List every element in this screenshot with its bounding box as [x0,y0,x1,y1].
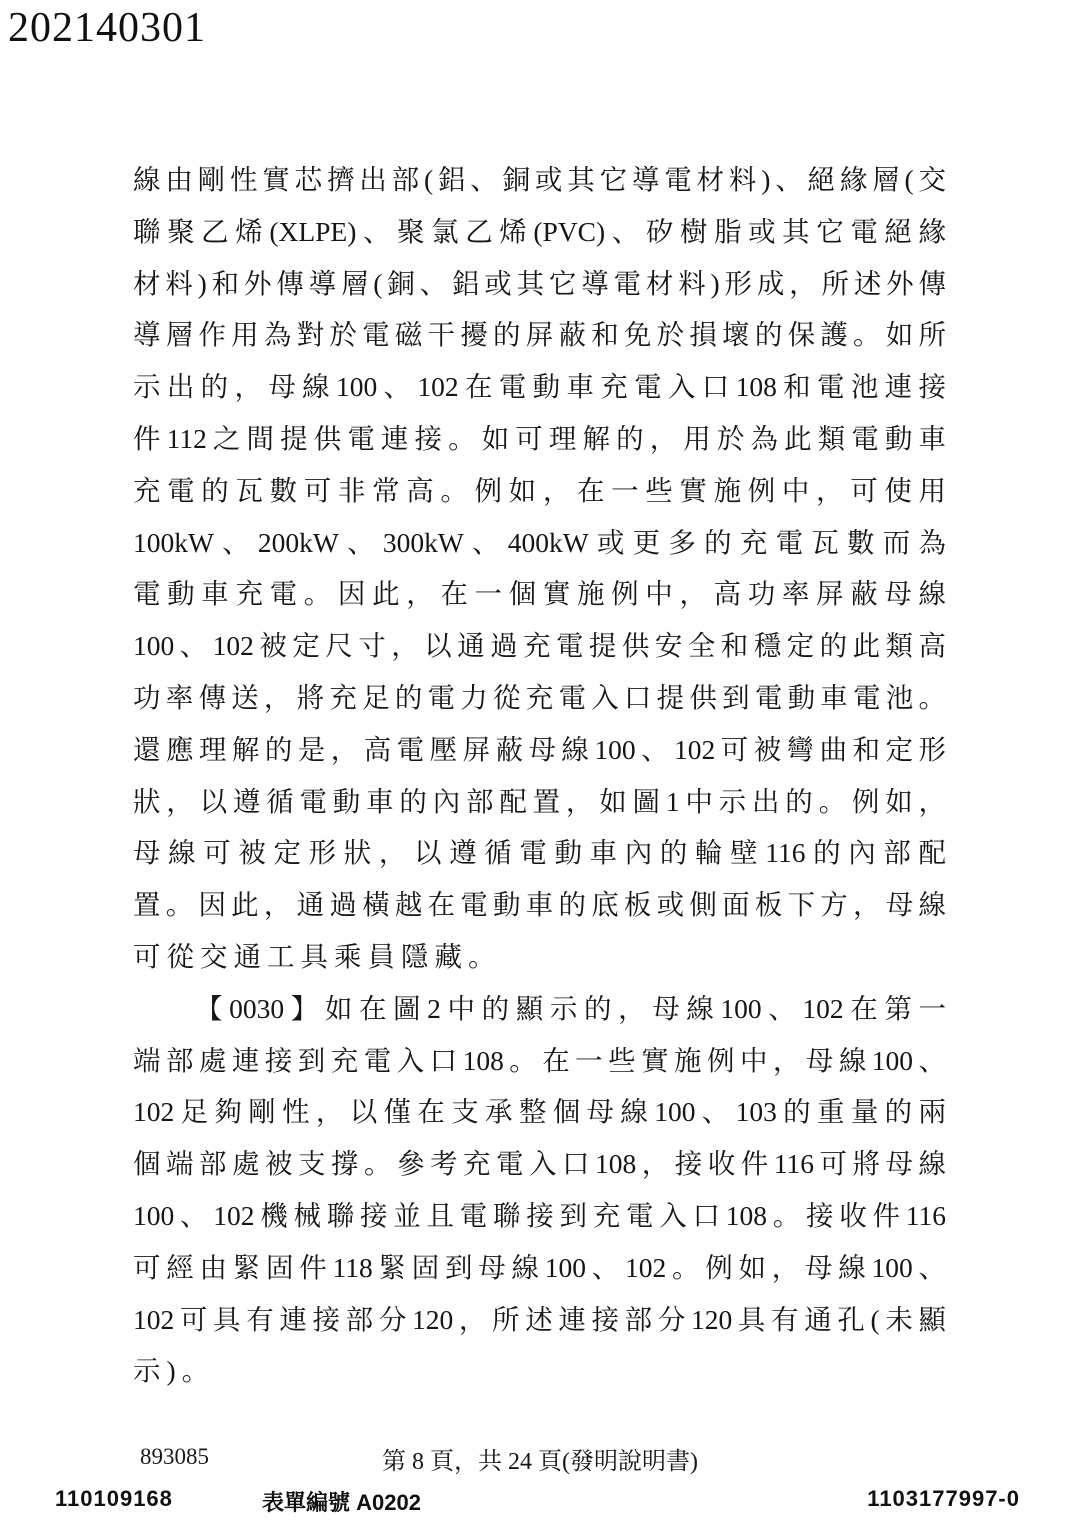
footer-page-indicator: 第 8 頁，共 24 頁(發明說明書) [0,1441,1080,1476]
publication-number: 202140301 [8,4,206,52]
text-line: 還應理解的是，高電壓屏蔽母線100、102可被彎曲和定形 [133,724,946,776]
text-line: 【0030】如在圖2中的顯示的，母線100、102在第一 [133,983,946,1035]
text-line: 置。因此，通過橫越在電動車的底板或側面板下方，母線 [133,879,946,931]
footer-form-number: 表單編號 A0202 [262,1486,421,1517]
text-line: 材料)和外傳導層(銅、鋁或其它導電材料)形成，所述外傳 [133,258,946,310]
text-line: 電動車充電。因此，在一個實施例中，高功率屏蔽母線 [133,568,946,620]
footer-application-number: 110109168 [55,1486,173,1512]
text-line: 示出的，母線100、102在電動車充電入口108和電池連接 [133,361,946,413]
text-line: 件112之間提供電連接。如可理解的，用於為此類電動車 [133,413,946,465]
text-line: 導層作用為對於電磁干擾的屏蔽和免於損壞的保護。如所 [133,309,946,361]
text-line: 102足夠剛性，以僅在支承整個母線100、103的重量的兩 [133,1086,946,1138]
text-line: 線由剛性實芯擠出部(鋁、銅或其它導電材料)、絕緣層(交 [133,154,946,206]
text-line: 狀，以遵循電動車的內部配置，如圖1中示出的。例如， [133,776,946,828]
text-line: 102可具有連接部分120，所述連接部分120具有通孔(未顯 [133,1294,946,1346]
text-line: 充電的瓦數可非常高。例如，在一些實施例中，可使用 [133,465,946,517]
text-line: 功率傳送，將充足的電力從充電入口提供到電動車電池。 [133,672,946,724]
text-line: 100kW、200kW、300kW、400kW或更多的充電瓦數而為 [133,517,946,569]
text-line: 100、102機械聯接並且電聯接到充電入口108。接收件116 [133,1190,946,1242]
patent-document-page: 202140301 線由剛性實芯擠出部(鋁、銅或其它導電材料)、絕緣層(交聯聚乙… [0,0,1080,1526]
text-line: 可從交通工具乘員隱藏。 [133,931,946,983]
text-line: 端部處連接到充電入口108。在一些實施例中，母線100、 [133,1035,946,1087]
text-line: 可經由緊固件118緊固到母線100、102。例如，母線100、 [133,1242,946,1294]
text-line: 聯聚乙烯(XLPE)、聚氯乙烯(PVC)、矽樹脂或其它電絕緣 [133,206,946,258]
description-text-block: 線由剛性實芯擠出部(鋁、銅或其它導電材料)、絕緣層(交聯聚乙烯(XLPE)、聚氯… [133,154,946,1397]
text-line: 100、102被定尺寸，以通過充電提供安全和穩定的此類高 [133,620,946,672]
footer-document-number: 1103177997-0 [867,1486,1020,1512]
text-line: 示)。 [133,1345,946,1397]
text-line: 個端部處被支撐。參考充電入口108，接收件116可將母線 [133,1138,946,1190]
text-line: 母線可被定形狀，以遵循電動車內的輪壁116的內部配 [133,827,946,879]
